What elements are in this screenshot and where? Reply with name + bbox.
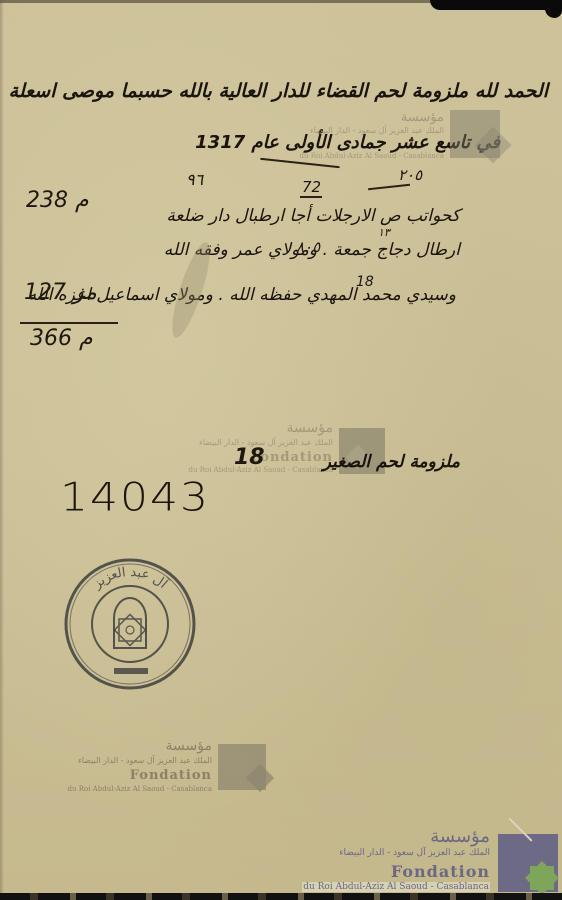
margin-total-bottom: 366 م	[30, 326, 93, 351]
annotation-above-3: ٩٦	[186, 170, 203, 189]
foundation-logo-star-icon-2	[530, 866, 554, 890]
watermark-arabic-title: مؤسسة	[166, 738, 212, 754]
manuscript-line-1: الحمد لله ملزومة لحم القضاء للدار العالي…	[18, 80, 548, 102]
seal-stamp-icon: آل عبد العزيز	[62, 556, 198, 692]
watermark-french-title: Fondation	[130, 768, 212, 783]
label-number: 18	[234, 445, 265, 470]
svg-text:آل عبد العزيز: آل عبد العزيز	[90, 565, 173, 593]
watermark-logo-bottom: مؤسسة الملك عبد العزيز آل سعود - الدار ا…	[292, 826, 562, 896]
foundation-arabic-title: مؤسسة	[430, 826, 490, 847]
annotation-above-5: 18	[356, 274, 374, 290]
margin-total-middle: 127 مز	[24, 280, 97, 305]
watermark-arabic-subtitle: الملك عبد العزيز آل سعود - الدار البيضاء	[310, 126, 444, 135]
watermark-logo-top: مؤسسة الملك عبد العزيز آل سعود - الدار ا…	[250, 110, 500, 170]
watermark-french-subtitle: du Roi Abdul-Aziz Al Saoud - Casablanca	[68, 785, 212, 793]
ledger-line-3: وسيدي محمد المهدي حفظه الله . ومولاي اسم…	[120, 285, 456, 305]
foundation-french-title: Fondation	[391, 862, 490, 881]
annotation-small: ١٣	[378, 226, 390, 239]
foundation-french-subtitle: du Roi Abdul-Aziz Al Saoud - Casablanca	[302, 882, 490, 892]
annotation-underline-2	[300, 196, 322, 198]
watermark-arabic-subtitle: الملك عبد العزيز آل سعود - الدار البيضاء	[199, 438, 333, 447]
scan-bottom-edge	[0, 893, 562, 900]
watermark-arabic-subtitle: الملك عبد العزيز آل سعود - الدار البيضاء	[78, 756, 212, 765]
annotation-above-4: ٨٠٥	[296, 238, 320, 256]
watermark-arabic-title: مؤسسة	[401, 110, 444, 125]
watermark-arabic-title: مؤسسة	[287, 420, 333, 436]
watermark-french-subtitle: du Roi Abdul-Aziz Al Saoud - Casablanca	[300, 152, 444, 160]
annotation-underline-1	[368, 184, 410, 190]
ledger-line-1: كحواتب ص الارجلات أجا ارطبال دار ضلعة	[140, 206, 460, 226]
scanned-document-page: الحمد لله ملزومة لحم القضاء للدار العالي…	[0, 0, 562, 900]
archive-number: 14043	[60, 475, 210, 521]
foundation-arabic-subtitle: الملك عبد العزيز آل سعود - الدار البيضاء	[339, 848, 490, 858]
torn-corner	[430, 0, 562, 10]
margin-total-top: 238 م	[26, 188, 89, 213]
torn-corner-tip	[545, 0, 562, 18]
scan-left-shadow	[0, 0, 4, 900]
ledger-line-2: ارطال دجاج جمعة . ومولاي عمر وفقه الله	[130, 240, 460, 260]
annotation-above-1: ٢٠٥	[398, 166, 422, 184]
watermark-logo-lower: مؤسسة الملك عبد العزيز آل سعود - الدار ا…	[56, 738, 266, 796]
margin-sum-line	[20, 322, 118, 324]
annotation-above-2: 72	[302, 178, 321, 196]
